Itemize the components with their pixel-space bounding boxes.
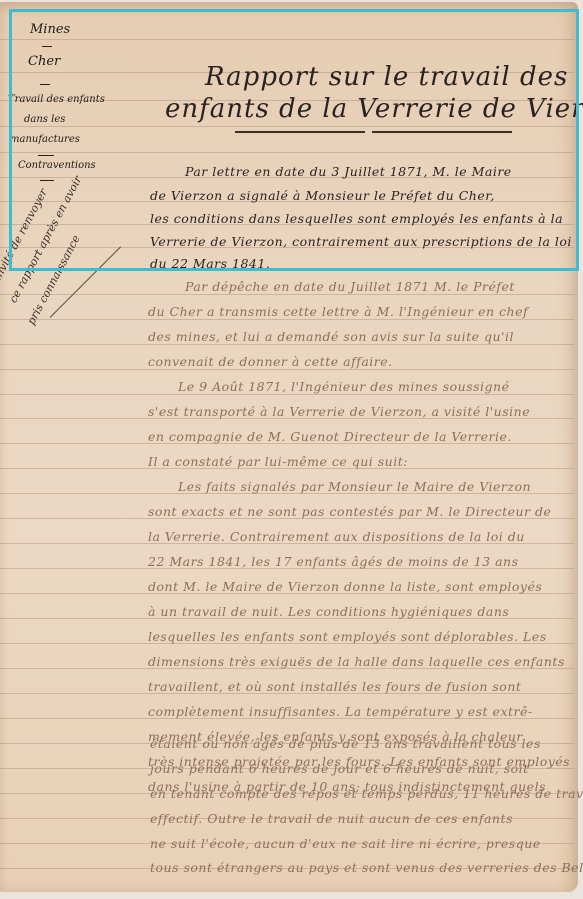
margin-service: Mines xyxy=(30,22,70,37)
paragraph-2-line: du Cher a transmis cette lettre à M. l'I… xyxy=(148,304,528,319)
paragraph-4-line: Les faits signalés par Monsieur le Maire… xyxy=(178,479,531,494)
ruled-line xyxy=(0,126,574,127)
margin-subject-2: dans les xyxy=(24,114,65,125)
paragraph-2-line: Par dépêche en date du Juillet 1871 M. l… xyxy=(185,279,515,294)
paragraph-1-line: les conditions dans lesquelles sont empl… xyxy=(150,211,563,226)
margin-department: Cher xyxy=(28,54,60,69)
title-underline-left xyxy=(235,131,365,133)
paragraph-4-line: à un travail de nuit. Les conditions hyg… xyxy=(148,604,509,619)
ruled-line xyxy=(0,294,574,295)
paragraph-4-line: effectif. Outre le travail de nuit aucun… xyxy=(150,811,513,826)
paragraph-4-line: travaillent, et où sont installés les fo… xyxy=(148,679,521,694)
paragraph-3-line: Le 9 Août 1871, l'Ingénieur des mines so… xyxy=(178,379,509,394)
paragraph-4-line: tous sont étrangers au pays et sont venu… xyxy=(150,860,583,875)
paragraph-4-line: étaient ou non âgés de plus de 13 ans tr… xyxy=(150,736,541,751)
margin-subject-3: manufactures xyxy=(10,134,80,145)
paragraph-4-line: jours pendant 6 heures de jour et 6 heur… xyxy=(150,761,529,776)
paragraph-1-line: de Vierzon a signalé à Monsieur le Préfe… xyxy=(150,188,495,203)
paragraph-2-line: convenait de donner à cette affaire. xyxy=(148,354,393,369)
ruled-line xyxy=(0,39,574,40)
title-line-2: enfants de la Verrerie de Vierzon xyxy=(165,94,583,124)
margin-dash xyxy=(38,155,54,156)
paragraph-4-line: la Verrerie. Contrairement aux dispositi… xyxy=(148,529,525,544)
paragraph-1-line: Verrerie de Vierzon, contrairement aux p… xyxy=(150,234,572,249)
paragraph-1-line: du 22 Mars 1841. xyxy=(150,256,270,271)
margin-category: Contraventions xyxy=(18,160,96,171)
paragraph-3-line: en compagnie de M. Guenot Directeur de l… xyxy=(148,429,512,444)
manuscript-page: Mines Cher Travail des enfants dans les … xyxy=(0,2,578,892)
title-line-1: Rapport sur le travail des xyxy=(205,62,568,92)
margin-subject-1: Travail des enfants xyxy=(8,94,105,105)
paragraph-4-line: complètement insuffisantes. La températu… xyxy=(148,704,533,719)
ruled-line xyxy=(0,369,574,370)
margin-dash xyxy=(40,84,50,85)
ruled-line xyxy=(0,394,574,395)
paragraph-2-line: des mines, et lui a demandé son avis sur… xyxy=(148,329,514,344)
paragraph-4-line: dimensions très exiguës de la halle dans… xyxy=(148,654,565,669)
margin-dash xyxy=(40,180,54,181)
ruled-line xyxy=(0,270,574,271)
paragraph-4-line: sont exacts et ne sont pas contestés par… xyxy=(148,504,551,519)
paragraph-4-line: ne suit l'école, aucun d'eux ne sait lir… xyxy=(150,836,541,851)
paragraph-3-line: Il a constaté par lui-même ce qui suit: xyxy=(148,454,408,469)
paragraph-1-line: Par lettre en date du 3 Juillet 1871, M.… xyxy=(185,164,512,179)
ruled-line xyxy=(0,152,574,153)
paragraph-3-line: s'est transporté à la Verrerie de Vierzo… xyxy=(148,404,530,419)
paragraph-4-line: 22 Mars 1841, les 17 enfants âgés de moi… xyxy=(148,554,519,569)
paragraph-4-line: lesquelles les enfants sont employés son… xyxy=(148,629,547,644)
ruled-line xyxy=(0,319,574,320)
paragraph-4-line: dont M. le Maire de Vierzon donne la lis… xyxy=(148,579,542,594)
margin-dash xyxy=(42,46,52,47)
title-underline-right xyxy=(372,131,512,133)
ruled-line xyxy=(0,344,574,345)
paragraph-4-line: en tenant compte des repos et temps perd… xyxy=(150,786,583,801)
